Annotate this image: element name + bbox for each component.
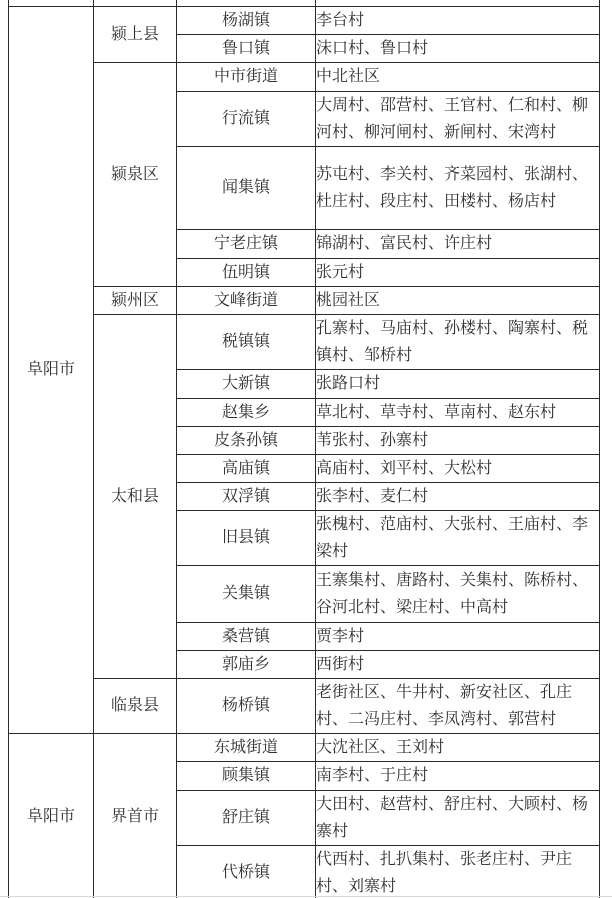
table-row: 临泉县 杨桥镇 老街社区、牛井村、新安社区、孔庄村、二冯庄村、李凤湾村、郭营村: [9, 678, 600, 733]
town-cell: 关集镇: [177, 565, 316, 622]
county-cell: 界首市: [94, 733, 177, 898]
town-cell: 旧县镇: [177, 510, 316, 565]
county-cell: 颍州区: [94, 286, 177, 314]
villages-cell: 张路口村: [316, 369, 600, 398]
town-cell: 赵集乡: [177, 398, 316, 426]
villages-cell: 苇张村、孙寨村: [316, 426, 600, 454]
town-cell: 高庙镇: [177, 454, 316, 482]
town-cell: 大新镇: [177, 369, 316, 398]
villages-cell: 张李村、麦仁村: [316, 482, 600, 510]
town-cell: 代桥镇: [177, 845, 316, 898]
villages-cell: 中北社区: [316, 62, 600, 91]
town-cell: 闻集镇: [177, 146, 316, 229]
town-cell: 行流镇: [177, 91, 316, 146]
town-cell: 税镇镇: [177, 314, 316, 369]
villages-cell: 张槐村、范庙村、大张村、王庙村、李梁村: [316, 510, 600, 565]
villages-cell: 南李村、于庄村: [316, 761, 600, 790]
villages-cell: 桃园社区: [316, 286, 600, 314]
villages-cell: 孔寨村、马庙村、孙楼村、陶寨村、税镇村、邹桥村: [316, 314, 600, 369]
county-cell: 颍上县: [94, 6, 177, 62]
town-cell: 文峰街道: [177, 286, 316, 314]
town-cell: 皮条孙镇: [177, 426, 316, 454]
admin-divisions-table: 阜阳市 颍上县 杨湖镇 李台村 鲁口镇 沫口村、鲁口村 颍泉区 中市街道 中北社…: [8, 0, 600, 898]
county-cell: 太和县: [94, 314, 177, 678]
table-row: 阜阳市 界首市 东城街道 大沈社区、王刘村: [9, 733, 600, 761]
villages-cell: 大周村、邵营村、王官村、仁和村、柳河村、柳河闸村、新闸村、宋湾村: [316, 91, 600, 146]
villages-cell: 西街村: [316, 650, 600, 678]
county-cell: 临泉县: [94, 678, 177, 733]
town-cell: 宁老庄镇: [177, 229, 316, 258]
town-cell: 郭庙乡: [177, 650, 316, 678]
city-cell: 阜阳市: [9, 733, 94, 898]
town-cell: 桑营镇: [177, 622, 316, 650]
villages-cell: 大沈社区、王刘村: [316, 733, 600, 761]
villages-cell: 沫口村、鲁口村: [316, 34, 600, 62]
villages-cell: 锦湖村、富民村、许庄村: [316, 229, 600, 258]
villages-cell: 大田村、赵营村、舒庄村、大顾村、杨寨村: [316, 790, 600, 845]
table-row: 阜阳市 颍上县 杨湖镇 李台村: [9, 6, 600, 34]
table-row: 颍州区 文峰街道 桃园社区: [9, 286, 600, 314]
town-cell: 双浮镇: [177, 482, 316, 510]
table-row: 太和县 税镇镇 孔寨村、马庙村、孙楼村、陶寨村、税镇村、邹桥村: [9, 314, 600, 369]
county-cell: 颍泉区: [94, 62, 177, 286]
town-cell: 伍明镇: [177, 258, 316, 286]
villages-cell: 贾李村: [316, 622, 600, 650]
villages-cell: 张元村: [316, 258, 600, 286]
town-cell: 东城街道: [177, 733, 316, 761]
villages-cell: 草北村、草寺村、草南村、赵东村: [316, 398, 600, 426]
town-cell: 舒庄镇: [177, 790, 316, 845]
villages-cell: 李台村: [316, 6, 600, 34]
villages-cell: 苏屯村、李关村、齐菜园村、张湖村、杜庄村、段庄村、田楼村、杨店村: [316, 146, 600, 229]
document-page: 阜阳市 颍上县 杨湖镇 李台村 鲁口镇 沫口村、鲁口村 颍泉区 中市街道 中北社…: [0, 0, 612, 898]
table-row: 颍泉区 中市街道 中北社区: [9, 62, 600, 91]
town-cell: 杨桥镇: [177, 678, 316, 733]
town-cell: 中市街道: [177, 62, 316, 91]
villages-cell: 代西村、扎扒集村、张老庄村、尹庄村、刘寨村: [316, 845, 600, 898]
villages-cell: 老街社区、牛井村、新安社区、孔庄村、二冯庄村、李凤湾村、郭营村: [316, 678, 600, 733]
city-cell: 阜阳市: [9, 6, 94, 733]
villages-cell: 高庙村、刘平村、大松村: [316, 454, 600, 482]
town-cell: 顾集镇: [177, 761, 316, 790]
page-edge-divider: [0, 896, 612, 897]
town-cell: 杨湖镇: [177, 6, 316, 34]
villages-cell: 王寨集村、唐路村、关集村、陈桥村、谷河北村、梁庄村、中高村: [316, 565, 600, 622]
town-cell: 鲁口镇: [177, 34, 316, 62]
